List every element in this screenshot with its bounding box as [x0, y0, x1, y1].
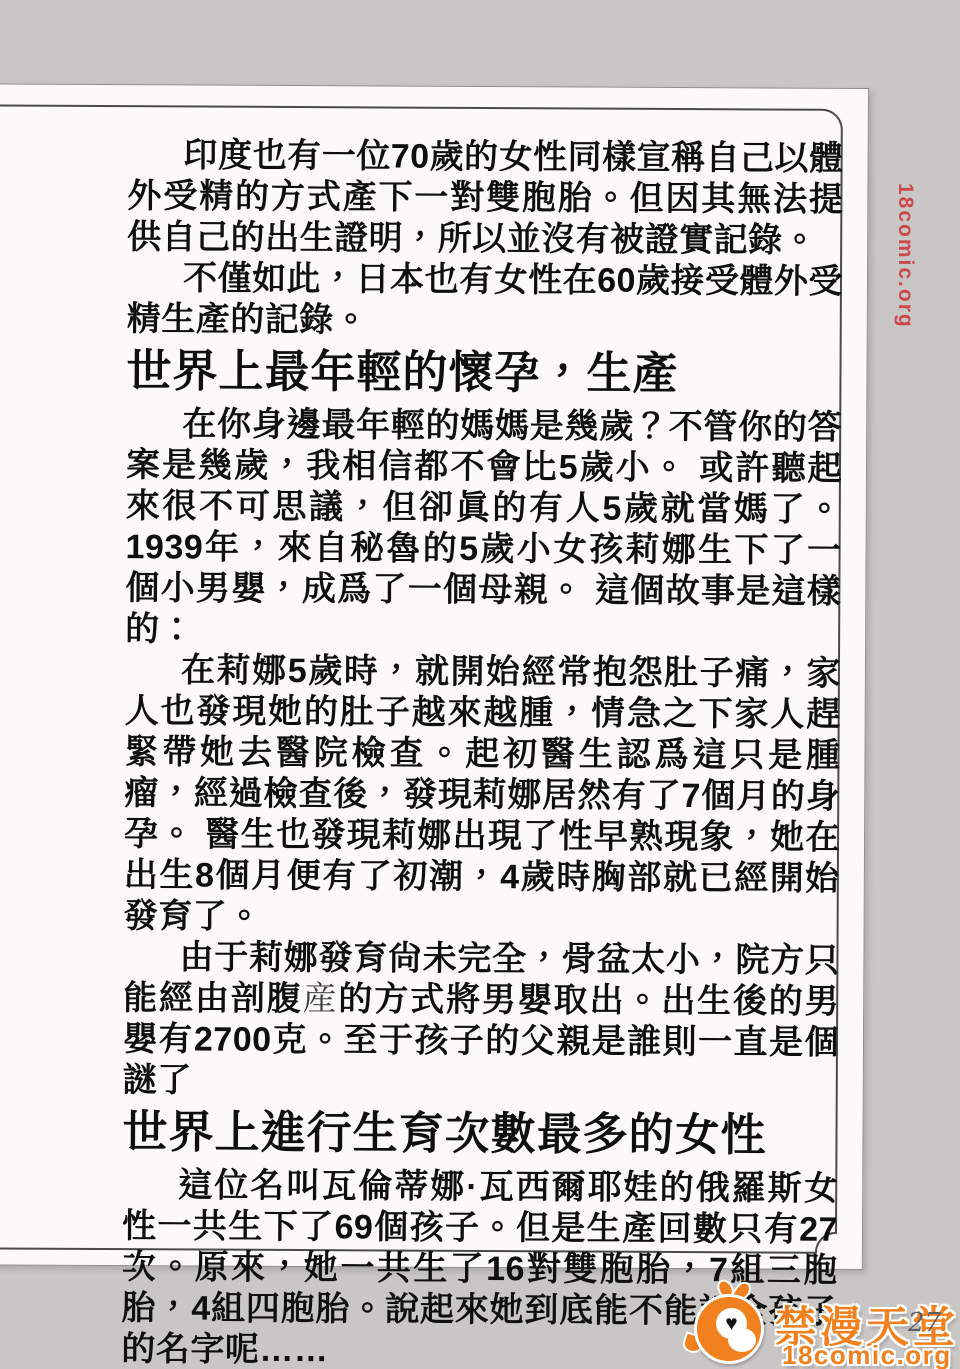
section-heading: 世界上進行生育次數最多的女性 — [122, 1106, 838, 1162]
paragraph: 不僅如此，日本也有女性在60歲接受體外受精生產的記錄。 — [127, 258, 843, 344]
light-glyph: 産 — [302, 980, 338, 1018]
mascot-icon: ♥ — [688, 1280, 774, 1368]
page-content: 印度也有一位70歲的女性同樣宣稱自己以體外受精的方式產下一對雙胞胎。但因其無法提… — [121, 135, 843, 1369]
site-url: 18comic.org — [782, 1340, 952, 1369]
paragraph: 印度也有一位70歲的女性同樣宣稱自己以體外受精的方式產下一對雙胞胎。但因其無法提… — [127, 135, 844, 262]
section-heading: 世界上最年輕的懷孕，生產 — [126, 345, 842, 401]
book-page: 印度也有一位70歲的女性同樣宣稱自己以體外受精的方式產下一對雙胞胎。但因其無法提… — [0, 83, 869, 1270]
heart-eye-icon: ♥ — [716, 1308, 747, 1339]
paragraph: 由于莉娜發育尙未完全，骨盆太小，院方只能經由剖腹産的方式將男嬰取出。出生後的男嬰… — [123, 937, 840, 1105]
paragraph: 在你身邊最年輕的媽媽是幾歲？不管你的答案是幾歲，我相信都不會比5歲小。 或許聽起… — [125, 404, 842, 654]
page-number: 27 — [908, 1308, 941, 1338]
paragraph: 在莉娜5歲時，就開始經常抱怨肚子痛，家人也發現她的肚子越來越腫，情急之下家人趕緊… — [124, 650, 841, 941]
side-watermark: 18comic.org — [893, 183, 917, 329]
